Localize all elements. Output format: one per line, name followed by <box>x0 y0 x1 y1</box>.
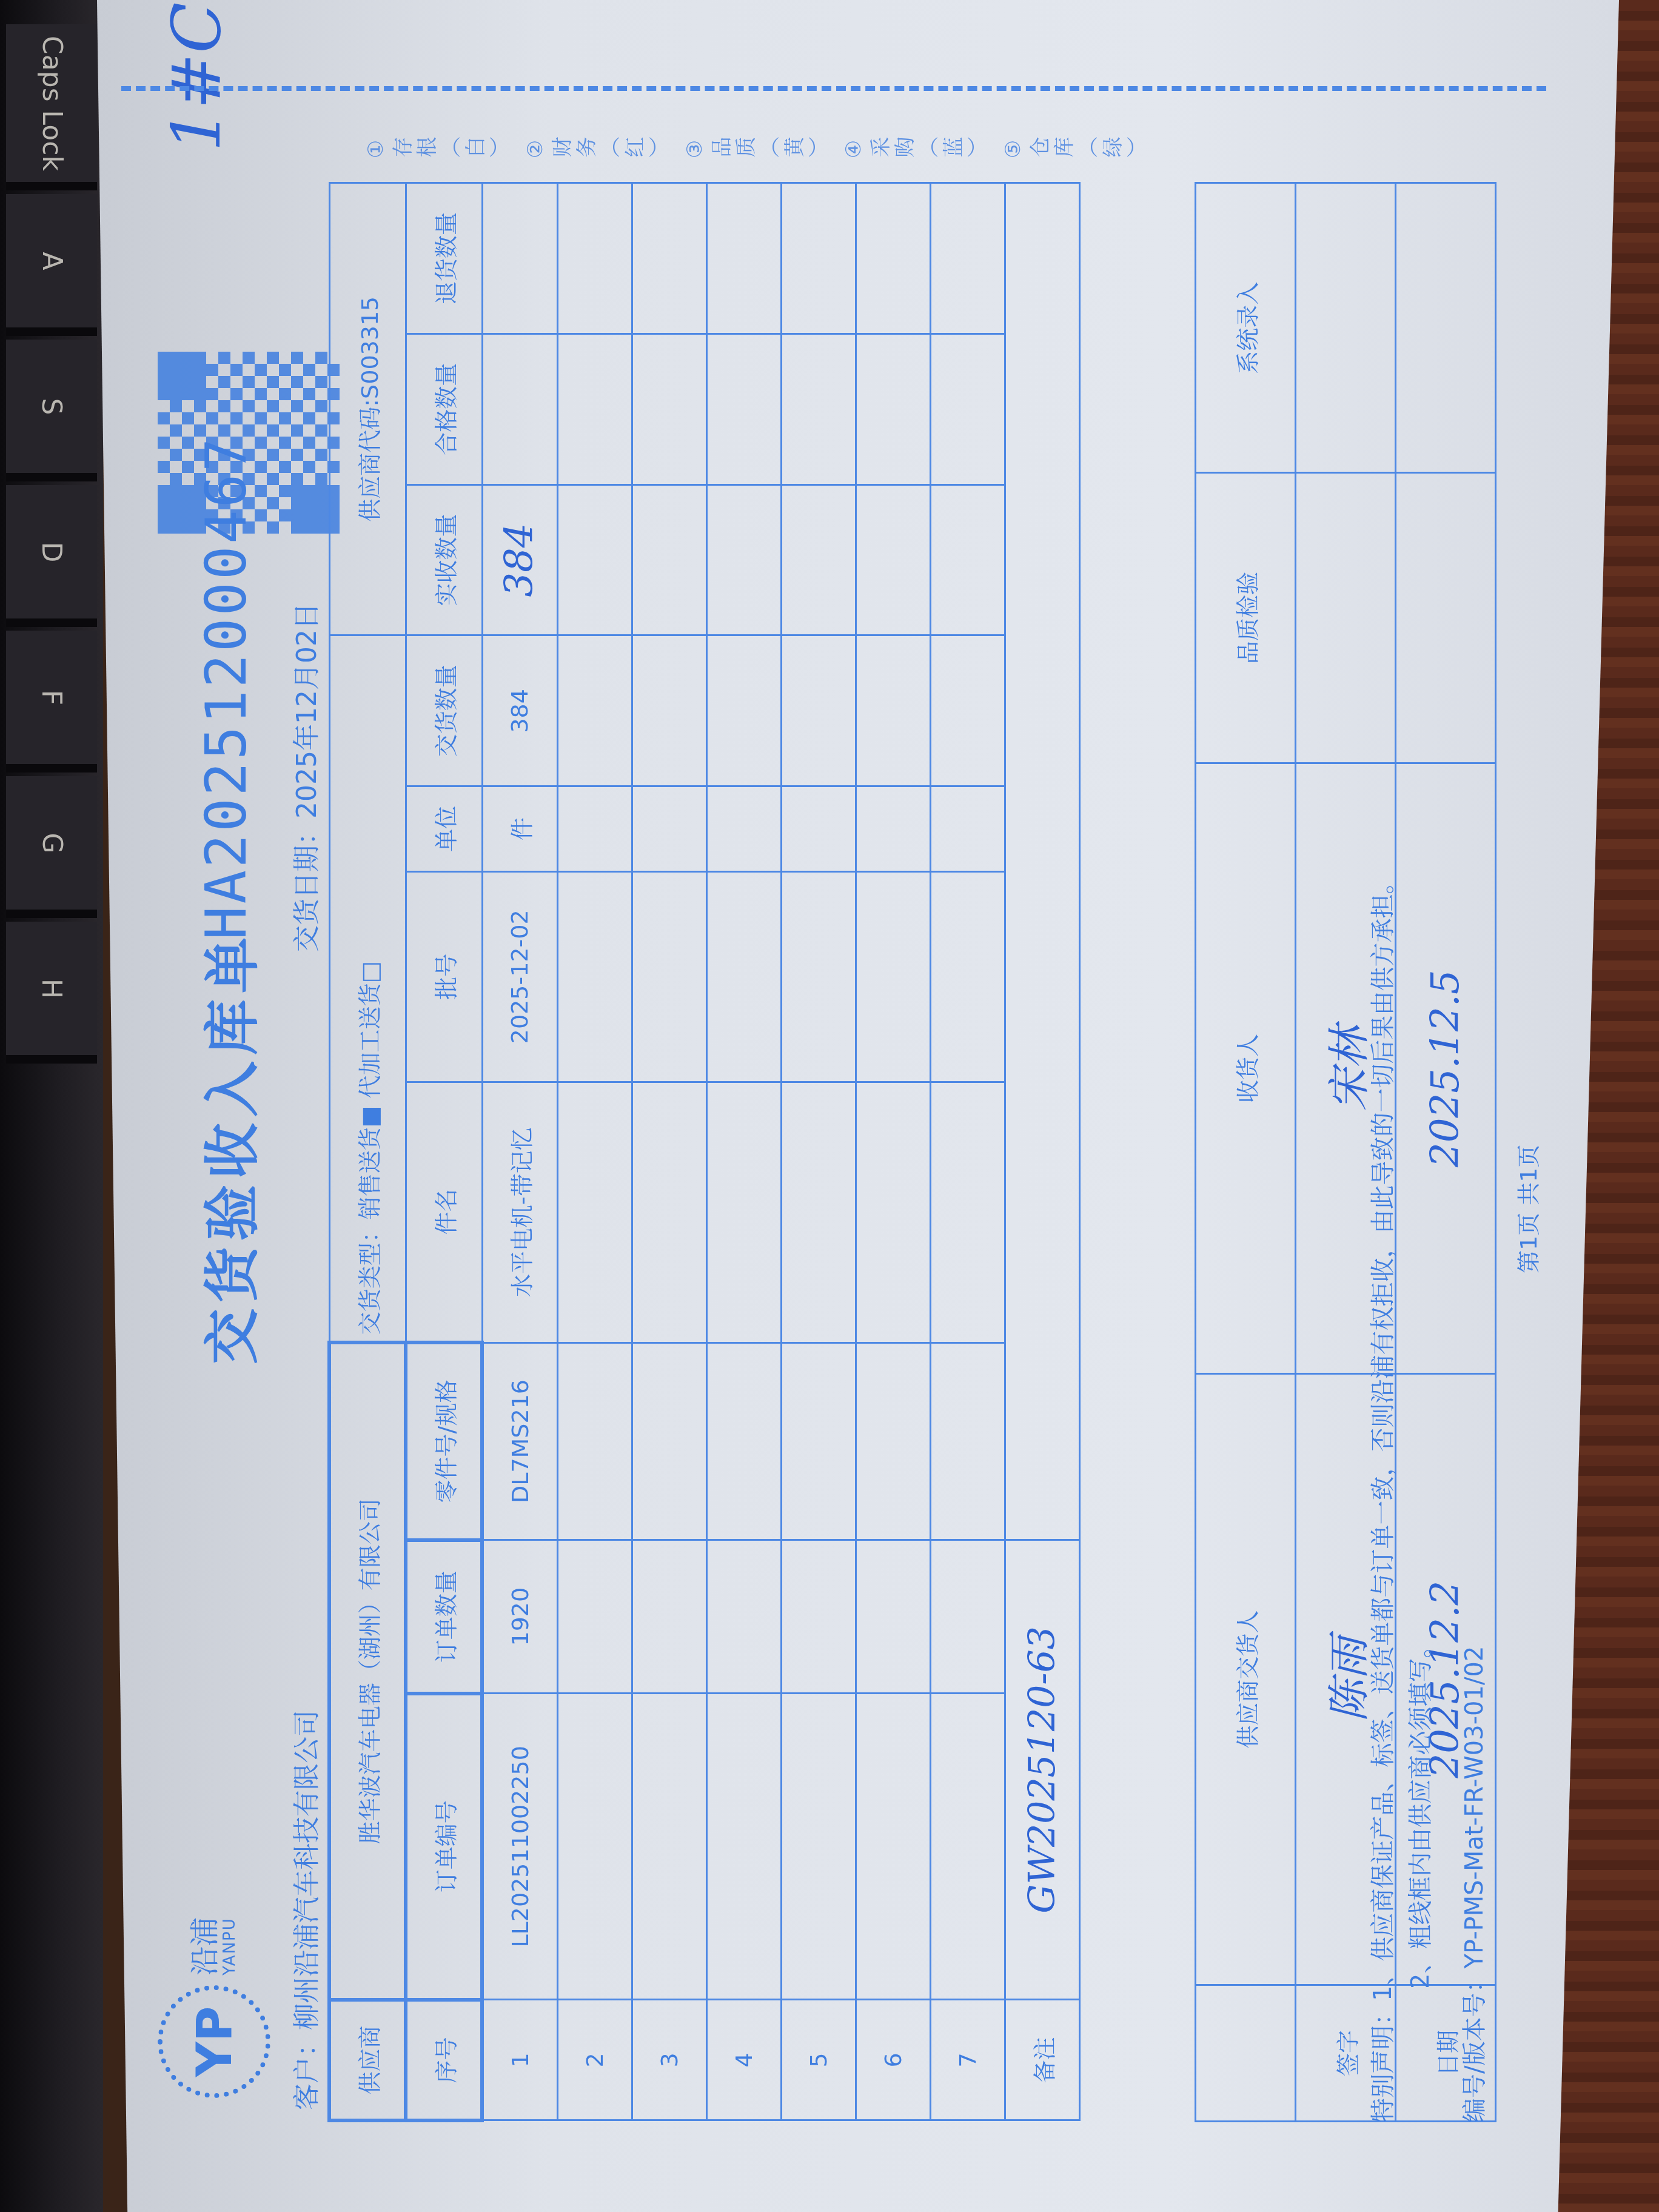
col-batch: 批号 <box>406 871 482 1082</box>
quality-signature <box>1296 473 1396 763</box>
table-row: 4 <box>707 183 782 2121</box>
cell-received-qty: 384 <box>482 484 558 635</box>
table-row: 6 <box>856 183 931 2121</box>
col-no: 序号 <box>406 2000 482 2120</box>
col-part-name: 件名 <box>406 1082 482 1342</box>
copy-label: ①存根（白） <box>364 137 513 161</box>
cell-order-qty: 1920 <box>482 1540 558 1694</box>
table-row: 5 <box>782 183 856 2121</box>
cell-delivered-qty: 384 <box>482 635 558 786</box>
copy-label: ④采购（蓝） <box>842 137 991 161</box>
cell-no: 4 <box>707 2000 782 2120</box>
table-row: 1 LL202511002250 1920 DL7MS216 水平电机-带记忆 … <box>482 183 558 2121</box>
key-f: F <box>6 631 97 773</box>
quality-date <box>1396 473 1496 763</box>
col-order-no: 订单编号 <box>406 1694 482 2000</box>
table-header: 序号 订单编号 订单数量 零件号/规格 件名 批号 单位 交货数量 实收数量 合… <box>406 183 482 2121</box>
cell-unit: 件 <box>482 786 558 872</box>
table-row: 2 <box>558 183 632 2121</box>
key-g: G <box>6 776 97 918</box>
cell-no: 5 <box>782 2000 856 2120</box>
col-delivered-qty: 交货数量 <box>406 635 482 786</box>
delivery-type: 交货类型：销售送货■ 代加工送货□ <box>329 635 406 1342</box>
remarks-value: GW2025120-63 <box>1005 1540 1080 2000</box>
cell-no: 2 <box>558 2000 632 2120</box>
role-receiver: 收货人 <box>1196 763 1296 1374</box>
supplier-value: 胜华波汽车电器（湖州）有限公司 <box>329 1342 406 2000</box>
table-row: 7 <box>931 183 1005 2121</box>
cell-part-no: DL7MS216 <box>482 1342 558 1540</box>
logo-mark-icon: YP <box>158 1985 270 2098</box>
copy-labels: ①存根（白） ②财务（红） ③品质（黄） ④采购（蓝） ⑤仓库（绿） <box>364 134 1150 164</box>
col-order-qty: 订单数量 <box>406 1540 482 1694</box>
supplier-code: 供应商代码:S003315 <box>329 183 406 635</box>
cell-no: 7 <box>931 2000 1005 2120</box>
key-s: S <box>6 340 97 481</box>
key-a: A <box>6 194 97 336</box>
key-d: D <box>6 485 97 627</box>
col-received-qty: 实收数量 <box>406 484 482 635</box>
role-system-entry: 系统录入 <box>1196 183 1296 473</box>
table-row: 3 <box>632 183 707 2121</box>
col-qualified-qty: 合格数量 <box>406 333 482 484</box>
form-number-label: 编号/版本号： <box>1461 1969 1489 2122</box>
form-number-value: YP-PMS-Mat-FR-W03-01/02 <box>1461 1646 1489 1969</box>
signoff-roles-row: 供应商交货人 收货人 品质检验 系统录入 <box>1196 183 1296 2122</box>
form-number: 编号/版本号：YP-PMS-Mat-FR-W03-01/02 <box>1455 1646 1490 2122</box>
col-returned-qty: 退货数量 <box>406 183 482 334</box>
signoff-table: 供应商交货人 收货人 品质检验 系统录入 签字 陈雨 宋林 日期 2025.12… <box>1195 182 1496 2122</box>
items-table: 供应商 胜华波汽车电器（湖州）有限公司 交货类型：销售送货■ 代加工送货□ 供应… <box>327 182 1081 2122</box>
special-notes: 特别声明：1、供应商保证产品、标签、送货单都与订单一致，否则沿浦有权拒收，由此导… <box>1364 870 1439 2122</box>
customer-line: 客户：柳州沿浦汽车科技有限公司 <box>285 1710 324 2110</box>
delivery-date-label: 交货日期： <box>292 819 323 952</box>
delivery-type-value: 销售送货■ 代加工送货□ <box>357 961 383 1219</box>
page-number: 第1页 共1页 <box>1510 1145 1543 1273</box>
col-part-no: 零件号/规格 <box>406 1342 482 1540</box>
customer-value: 柳州沿浦汽车科技有限公司 <box>292 1710 323 2030</box>
remarks-row: 备注 GW2025120-63 <box>1005 183 1080 2121</box>
customer-label: 客户： <box>292 2030 323 2110</box>
cell-no: 3 <box>632 2000 707 2120</box>
remarks-label: 备注 <box>1005 2000 1080 2120</box>
cell-order-no: LL202511002250 <box>482 1694 558 2000</box>
key-caps-lock: Caps Lock <box>6 24 97 190</box>
cell-qualified-qty <box>482 333 558 484</box>
note-2: 2、粗线框内由供应商必须填写。 <box>1402 870 1439 2122</box>
role-supplier-deliverer: 供应商交货人 <box>1196 1374 1296 1985</box>
notes-label: 特别声明： <box>1369 2001 1397 2122</box>
perforation-line <box>121 86 1546 91</box>
handwritten-corner-note: 1#C <box>158 2 235 152</box>
cell-part-name: 水平电机-带记忆 <box>482 1082 558 1342</box>
system-entry-date <box>1396 183 1496 473</box>
supplier-label: 供应商 <box>329 2000 406 2120</box>
copy-label: ⑤仓库（绿） <box>1001 137 1150 161</box>
col-unit: 单位 <box>406 786 482 872</box>
delivery-type-label: 交货类型： <box>357 1219 383 1335</box>
supplier-code-value: S003315 <box>357 297 383 399</box>
delivery-date-line: 交货日期：2025年12月02日 <box>285 603 324 952</box>
cell-no: 1 <box>482 2000 558 2120</box>
delivery-date-value: 2025年12月02日 <box>292 603 323 819</box>
logo-name: 沿浦 <box>189 1917 221 1976</box>
cell-returned-qty <box>482 183 558 334</box>
delivery-receipt-form: YP 沿浦 YANPU 交货验收入库单 HA202512000467 客户：柳州… <box>121 61 1546 2183</box>
role-quality-inspection: 品质检验 <box>1196 473 1296 763</box>
copy-label: ③品质（黄） <box>683 137 832 161</box>
system-entry-signature <box>1296 183 1396 473</box>
copy-label: ②财务（红） <box>523 137 672 161</box>
logo-latin: YANPU <box>221 1917 239 1976</box>
supplier-code-label: 供应商代码: <box>357 399 383 522</box>
qr-code-icon <box>158 352 340 534</box>
cell-batch: 2025-12-02 <box>482 871 558 1082</box>
cell-no: 6 <box>856 2000 931 2120</box>
note-1: 1、供应商保证产品、标签、送货单都与订单一致，否则沿浦有权拒收，由此导致的一切后… <box>1369 870 1397 2001</box>
keyboard: Caps Lock A S D F G H <box>0 0 103 2212</box>
form-title: 交货验收入库单 <box>188 931 268 1364</box>
supplier-info-row: 供应商 胜华波汽车电器（湖州）有限公司 交货类型：销售送货■ 代加工送货□ 供应… <box>329 183 406 2121</box>
key-h: H <box>6 922 97 1064</box>
company-logo: YP 沿浦 YANPU <box>158 1917 270 2098</box>
